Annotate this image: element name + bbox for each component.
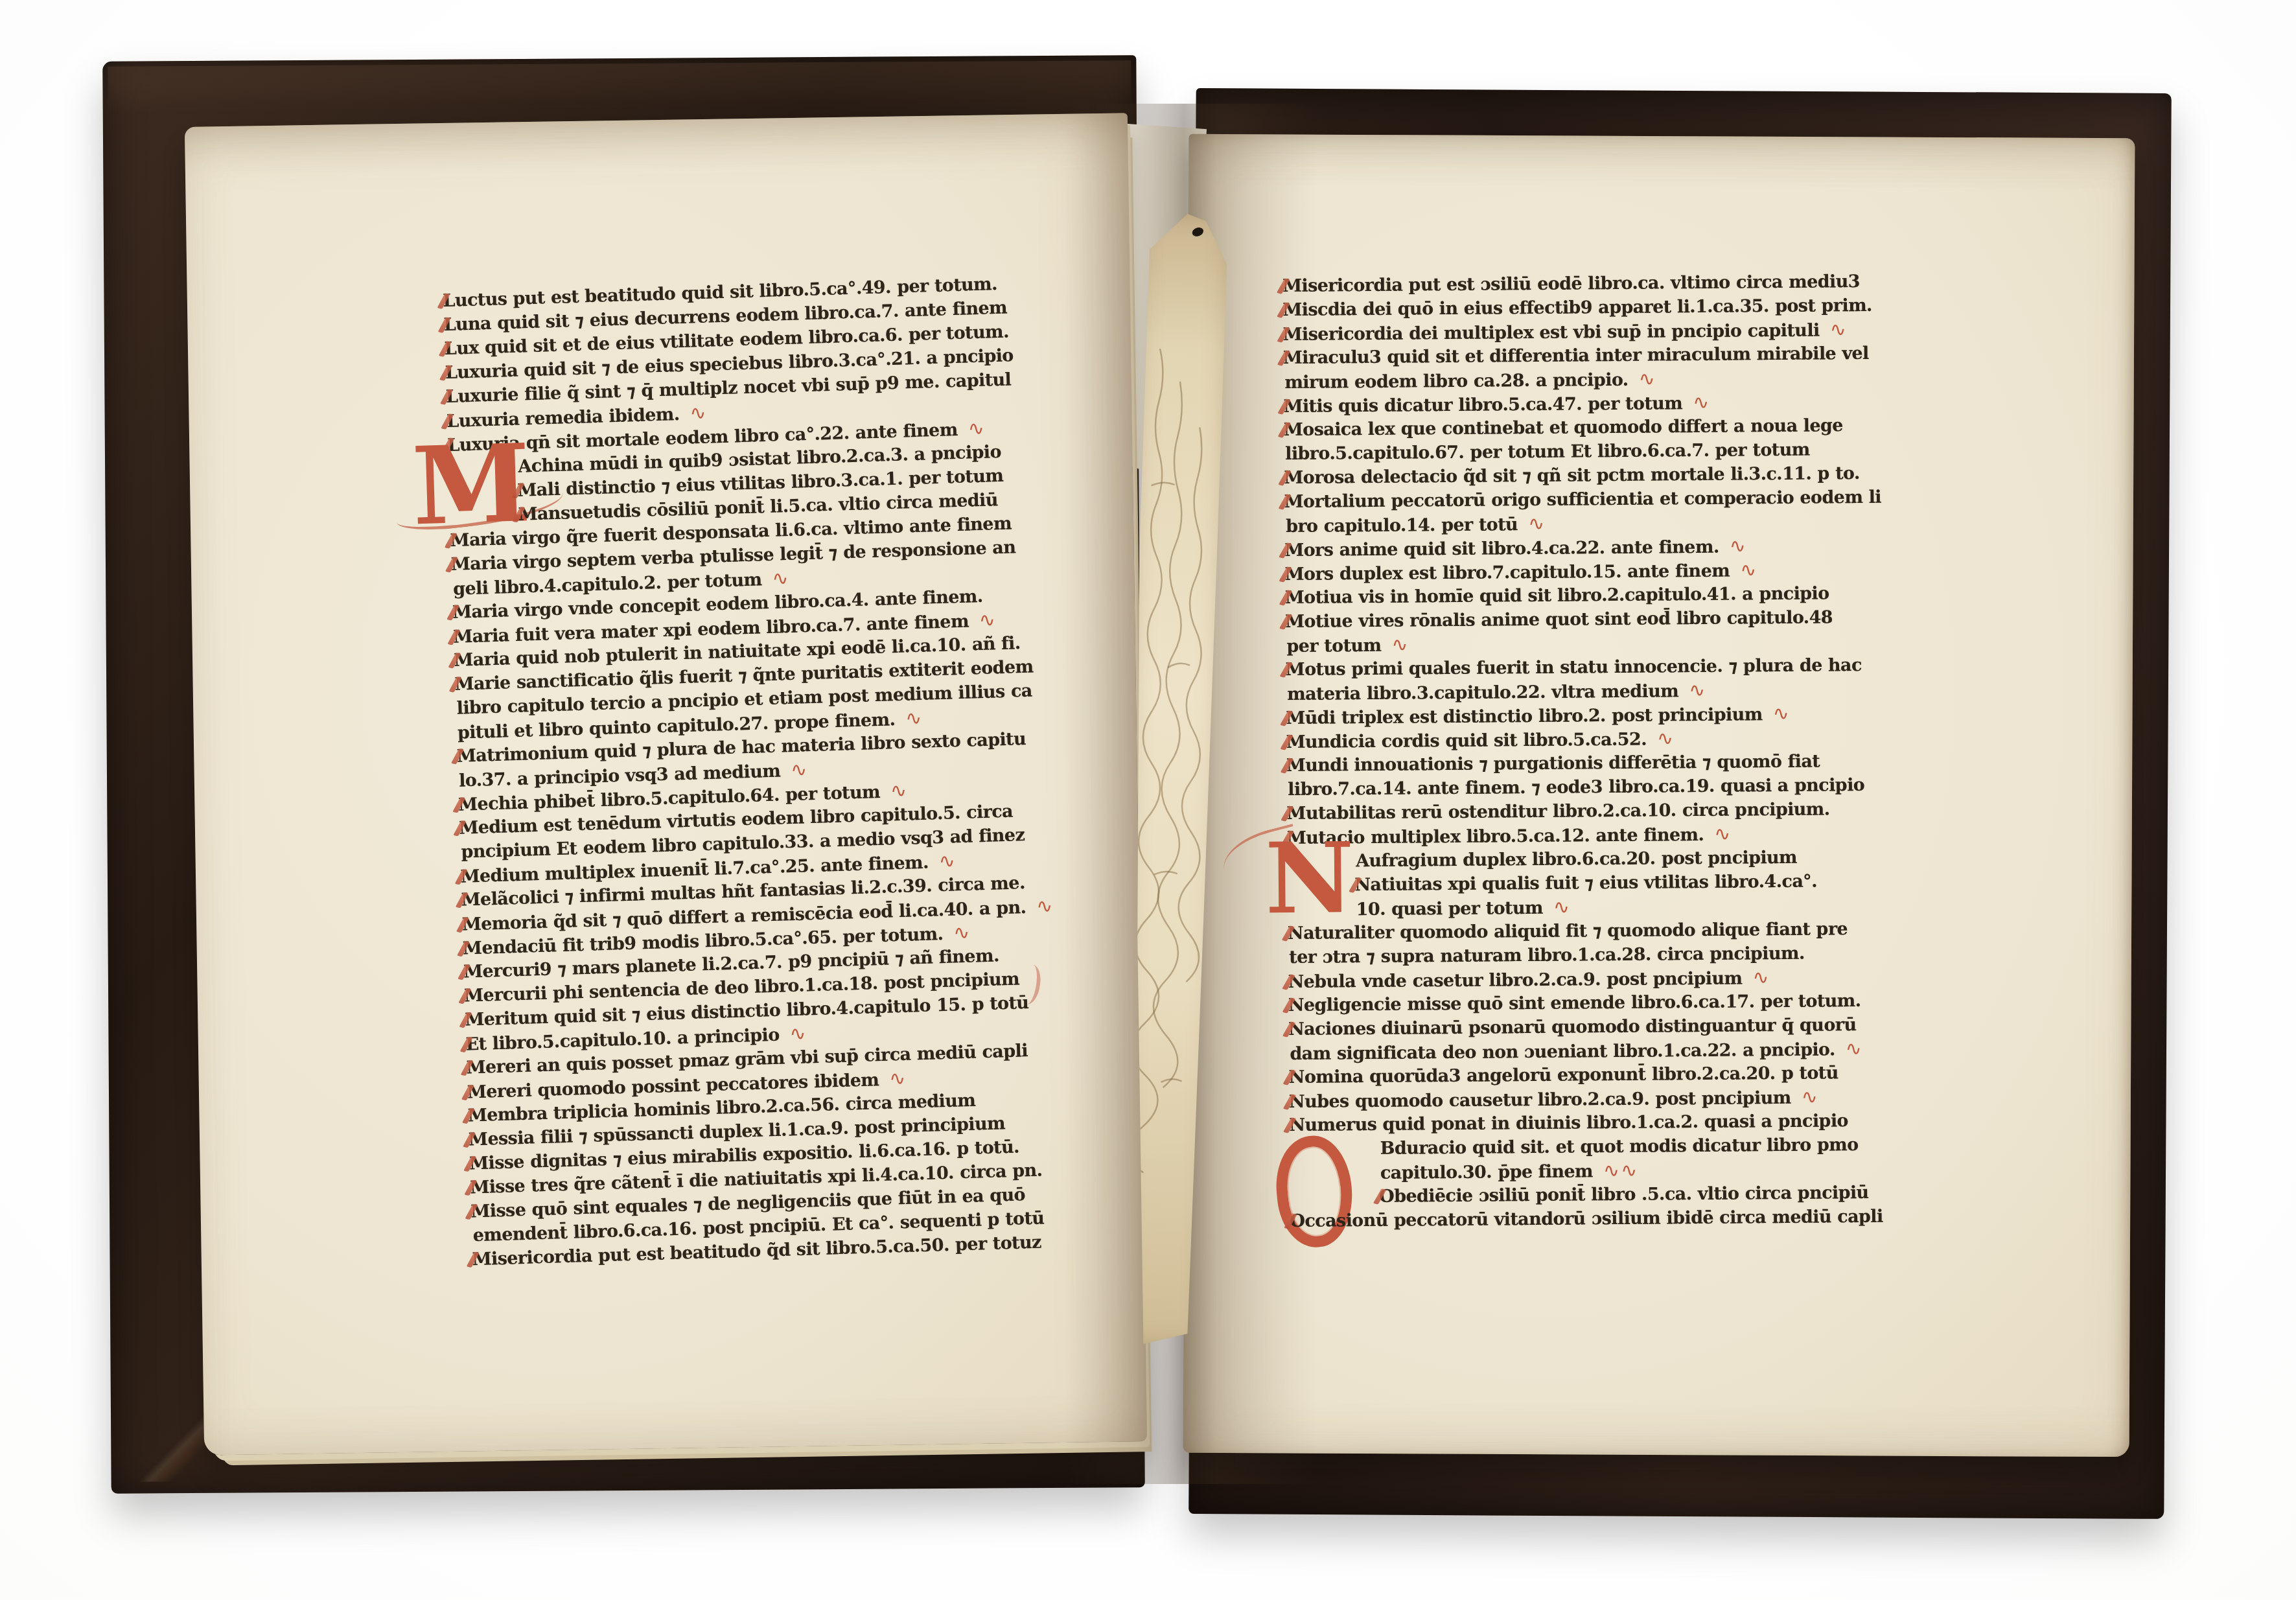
entry-block: Maria virgo q̃re fuerit desponsata li.6.… [451, 511, 1060, 1271]
right-page-text-column: Misericordia put est ɔsiliū eodē libro.c… [1284, 270, 1878, 1233]
open-book: Luctus put est beatitudo quid sit libro.… [107, 58, 2171, 1520]
line-filler-flourish: ∿ [1693, 391, 1710, 414]
line-filler-flourish: ∿ [979, 609, 997, 632]
line-filler-flourish: ∿ [1846, 1038, 1863, 1060]
line-filler-flourish: ∿ [1528, 513, 1546, 535]
line-filler-flourish: ∿ [1036, 895, 1054, 918]
left-page-text-column: Luctus put est beatitudo quid sit libro.… [444, 271, 1060, 1271]
line-filler-flourish: ∿ [890, 780, 908, 803]
entry-block: Occasionū peccatorū vitandorū ɔsilium ib… [1291, 1205, 1877, 1233]
line-filler-flourish: ∿ [789, 1022, 807, 1045]
line-filler-flourish: ∿ [1752, 966, 1770, 989]
line-filler-flourish: ∿ [772, 567, 790, 590]
line-filler-flourish: ∿ [1740, 559, 1757, 581]
line-filler-flourish: ∿ [1657, 727, 1675, 750]
line-filler-flourish: ∿ [1689, 679, 1706, 702]
line-filler-flourish: ∿ [968, 417, 986, 441]
index-entry-line: Occasionū peccatorū vitandorū ɔsilium ib… [1291, 1205, 1877, 1233]
photo-backdrop: Luctus put est beatitudo quid sit libro.… [0, 0, 2296, 1600]
line-filler-flourish: ∿ [905, 707, 923, 730]
line-filler-flourish: ∿ [690, 402, 708, 425]
entry-block: Luctus put est beatitudo quid sit libro.… [444, 271, 1035, 457]
entry-block: Misericordia put est ɔsiliū eodē libro.c… [1284, 270, 1875, 850]
entry-block: Naturaliter quomodo aliquid fit ⁊ quomod… [1289, 917, 1877, 1137]
line-filler-flourish: ∿ [1714, 823, 1732, 846]
line-filler-flourish: ∿ [889, 1067, 907, 1091]
entry-block: OBduracio quid sit. et quot modis dicatu… [1290, 1133, 1877, 1209]
line-filler-flourish: ∿ [791, 758, 809, 782]
line-filler-flourish: ∿ [1772, 702, 1790, 725]
line-filler-flourish: ∿ [1729, 535, 1746, 557]
line-filler-flourish: ∿ [1802, 1086, 1819, 1109]
line-filler-flourish: ∿ [953, 922, 971, 945]
line-filler-flourish: ∿ [938, 850, 957, 873]
line-filler-flourish: ∿∿ [1603, 1159, 1639, 1182]
entry-block: NAufragium duplex libro.6.ca.20. post pn… [1288, 845, 1875, 922]
line-filler-flourish: ∿ [1638, 367, 1656, 390]
line-filler-flourish: ∿ [1830, 318, 1848, 341]
line-filler-flourish: ∿ [1553, 896, 1571, 919]
line-filler-flourish: ∿ [1391, 633, 1409, 656]
